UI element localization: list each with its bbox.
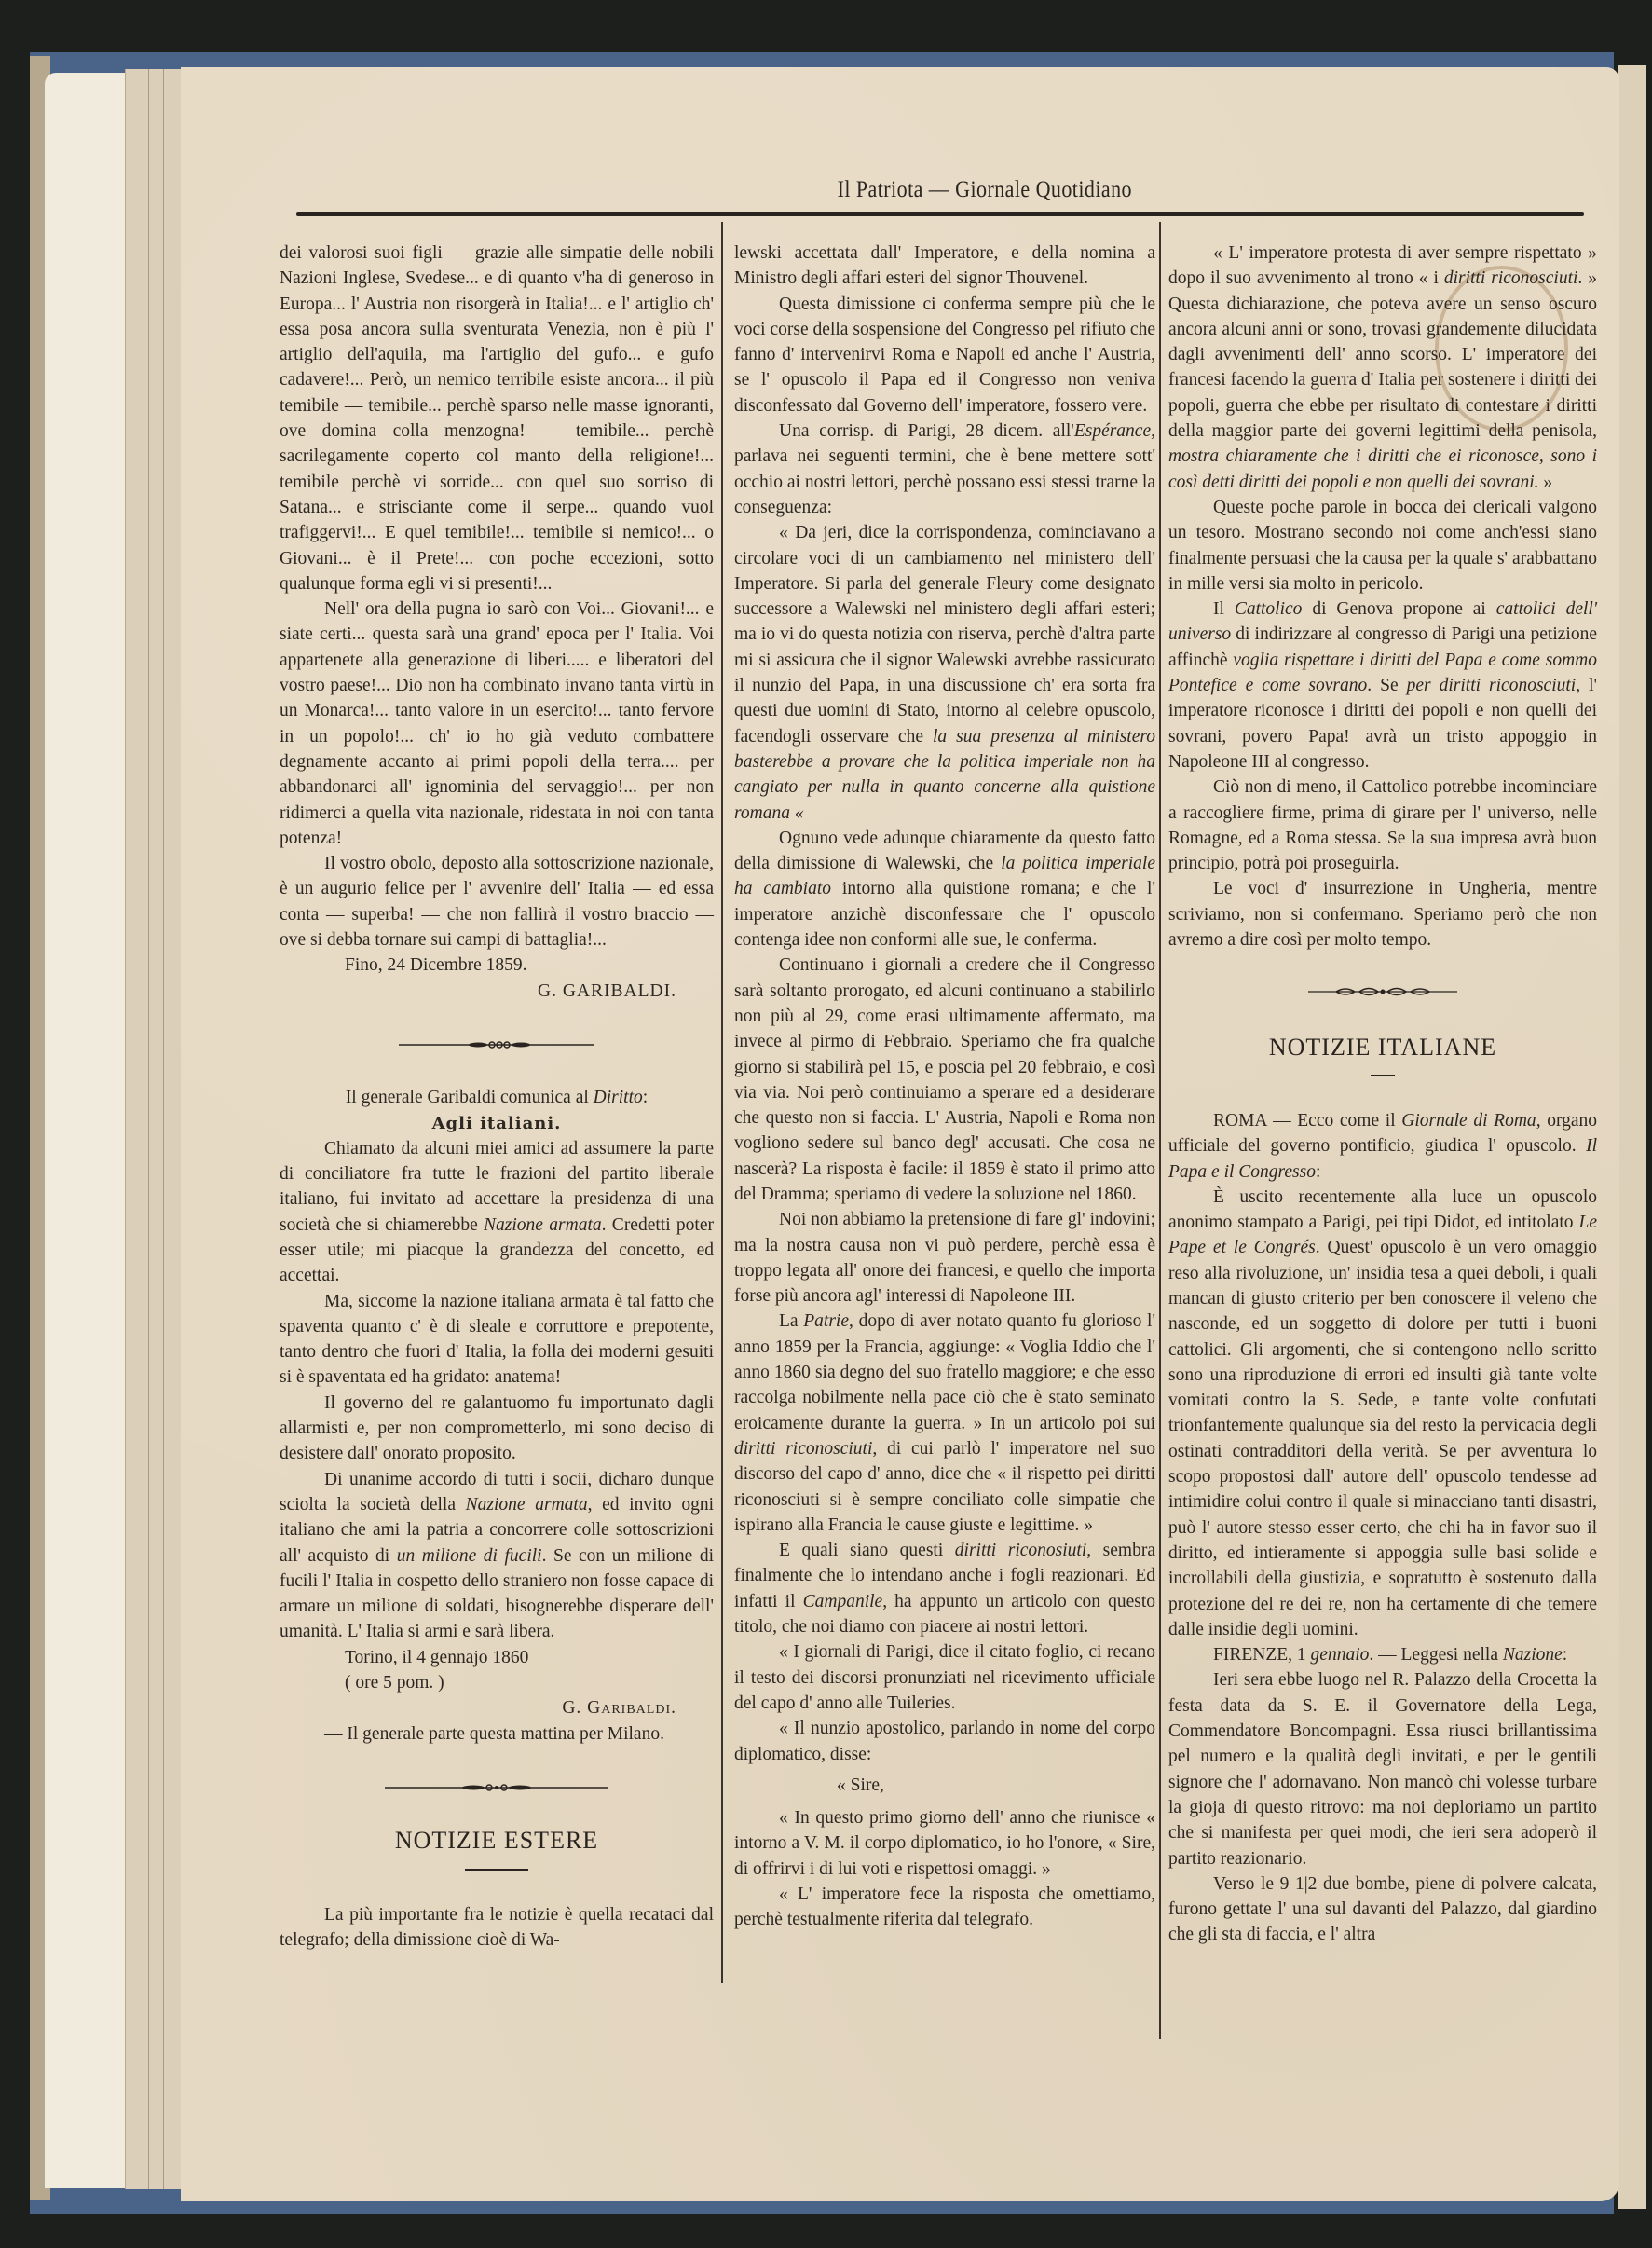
paragraph: Verso le 9 1|2 due bombe, piene di polve…	[1168, 1871, 1597, 1948]
paragraph: dei valorosi suoi figli — grazie alle si…	[280, 240, 714, 596]
paragraph: Una corrisp. di Parigi, 28 dicem. all'Es…	[734, 418, 1155, 520]
paragraph: È uscito recentemente alla luce un opusc…	[1168, 1185, 1597, 1642]
paragraph: Ieri sera ebbe luogo nel R. Palazzo dell…	[1168, 1667, 1597, 1871]
paragraph: Le voci d' insurrezione in Ungheria, men…	[1168, 876, 1597, 953]
page-stack-edges	[125, 69, 182, 2189]
paragraph: La Patrie, dopo di aver notato quanto fu…	[734, 1309, 1155, 1538]
column-3: « L' imperatore protesta di aver sempre …	[1168, 240, 1597, 1948]
paragraph: Chiamato da alcuni miei amici ad assumer…	[280, 1136, 714, 1289]
divider-ornament-icon	[280, 1032, 714, 1057]
column-1: dei valorosi suoi figli — grazie alle si…	[280, 240, 714, 1953]
dateline-time: ( ore 5 pom. )	[280, 1670, 714, 1695]
text-span: « Da jeri, dice la corrispondenza, comin…	[734, 523, 1155, 746]
italic-text: Nazione armata	[466, 1495, 588, 1515]
header-title: Il Patriota — Giornale Quotidiano	[771, 177, 1198, 203]
running-header: Il Patriota — Giornale Quotidiano	[296, 177, 1601, 214]
section-title-notizie-estere: NOTIZIE ESTERE	[280, 1828, 714, 1853]
paragraph: « Da jeri, dice la corrispondenza, comin…	[734, 520, 1155, 826]
paragraph: Ciò non di meno, il Cattolico potrebbe i…	[1168, 774, 1597, 876]
paragraph: lewski accettata dall' Imperatore, e del…	[734, 240, 1155, 292]
italic-text: Espérance	[1074, 421, 1151, 441]
flyleaf	[45, 73, 127, 2188]
text-span: Il	[1213, 599, 1235, 619]
dateline: Fino, 24 Dicembre 1859.	[280, 953, 714, 978]
paragraph: « I giornali di Parigi, dice il citato f…	[734, 1639, 1155, 1716]
italic-text: Nazione armata	[484, 1215, 602, 1235]
italic-text: Giornale di Roma	[1401, 1111, 1536, 1131]
italic-text: Diritto	[594, 1088, 643, 1107]
next-page-edge	[1618, 65, 1646, 2209]
italic-text: Patrie	[803, 1311, 849, 1331]
italic-text: gennaio	[1311, 1645, 1370, 1665]
paragraph: « L' imperatore protesta di aver sempre …	[1168, 240, 1597, 495]
text-span: FIRENZE, 1	[1213, 1645, 1311, 1665]
paragraph: Di unanime accordo di tutti i socii, dic…	[280, 1467, 714, 1645]
paragraph: Il Cattolico di Genova propone ai cattol…	[1168, 596, 1597, 774]
divider-ornament-icon	[1168, 980, 1597, 1006]
title-underline	[465, 1869, 528, 1871]
text-span: La	[779, 1311, 803, 1331]
paragraph: « L' imperatore fece la risposta che ome…	[734, 1882, 1155, 1933]
italic-text: mostra chiaramente che i diritti che ei …	[1168, 446, 1597, 491]
divider-ornament-icon	[280, 1775, 714, 1800]
section-title-notizie-italiane: NOTIZIE ITALIANE	[1168, 1035, 1597, 1060]
italic-text: per diritti riconosciuti	[1407, 676, 1577, 695]
italic-text: un milione di fucili	[397, 1546, 542, 1566]
text-span: . Se	[1367, 676, 1406, 695]
paragraph: La più importante fra le notizie è quell…	[280, 1902, 714, 1953]
paragraph: E quali siano questi diritti riconosiuti…	[734, 1538, 1155, 1639]
italic-text: Nazione	[1503, 1645, 1563, 1665]
paragraph: Ognuno vede adunque chiaramente da quest…	[734, 826, 1155, 953]
text-span: :	[1563, 1645, 1567, 1665]
text-span: :	[643, 1088, 648, 1107]
paragraph: ROMA — Ecco come il Giornale di Roma, or…	[1168, 1108, 1597, 1185]
paragraph: FIRENZE, 1 gennaio. — Leggesi nella Nazi…	[1168, 1642, 1597, 1667]
italic-text: Campanile	[803, 1592, 883, 1611]
paragraph: Ma, siccome la nazione italiana armata è…	[280, 1289, 714, 1391]
title-underline	[1371, 1075, 1395, 1076]
text-span: . » Questa dichiarazione, che poteva ave…	[1168, 268, 1597, 441]
paragraph: Queste poche parole in bocca dei clerica…	[1168, 495, 1597, 596]
italic-text: Cattolico	[1235, 599, 1303, 619]
paragraph: Questa dimissione ci conferma sempre più…	[734, 292, 1155, 418]
italic-text: diritti riconosiuti	[955, 1541, 1086, 1560]
italic-text: diritti riconosciuti	[1444, 268, 1578, 288]
column-divider-1	[721, 222, 723, 1983]
italic-text: diritti riconosciuti	[734, 1439, 872, 1459]
article-subtitle: Agli italiani.	[280, 1111, 714, 1136]
text-span: »	[1539, 473, 1553, 492]
salutation: « Sire,	[734, 1773, 1155, 1798]
text-span: di Genova propone ai	[1302, 599, 1495, 619]
paragraph: Il vostro obolo, deposto alla sottoscriz…	[280, 851, 714, 953]
signature: G. Garibaldi.	[280, 1695, 714, 1720]
text-span: . Quest' opuscolo è un vero omaggio reso…	[1168, 1238, 1597, 1638]
text-span: Il generale Garibaldi comunica al	[346, 1088, 589, 1107]
paragraph: Noi non abbiamo la pretensione di fare g…	[734, 1207, 1155, 1309]
column-divider-2	[1159, 222, 1161, 2039]
paragraph: « In questo primo giorno dell' anno che …	[734, 1805, 1155, 1882]
text-span: ROMA — Ecco come il	[1213, 1111, 1401, 1131]
header-rule	[296, 212, 1584, 216]
article-intro: Il generale Garibaldi comunica al Diritt…	[280, 1085, 714, 1110]
text-span: È uscito recentemente alla luce un opusc…	[1168, 1187, 1597, 1232]
dateline: Torino, il 4 gennajo 1860	[280, 1645, 714, 1670]
paragraph: Continuano i giornali a credere che il C…	[734, 953, 1155, 1207]
text-span: E quali siano questi	[779, 1541, 955, 1560]
paragraph: Nell' ora della pugna io sarò con Voi...…	[280, 596, 714, 851]
column-2: lewski accettata dall' Imperatore, e del…	[734, 240, 1155, 1933]
paragraph: — Il generale parte questa mattina per M…	[280, 1721, 714, 1747]
paragraph: Il governo del re galantuomo fu importun…	[280, 1391, 714, 1467]
text-span: Una corrisp. di Parigi, 28 dicem. all'	[779, 421, 1074, 441]
paragraph: « Il nunzio apostolico, parlando in nome…	[734, 1716, 1155, 1767]
text-span: . — Leggesi nella	[1369, 1645, 1503, 1665]
signature: G. GARIBALDI.	[280, 979, 714, 1004]
text-span: :	[1316, 1162, 1320, 1182]
